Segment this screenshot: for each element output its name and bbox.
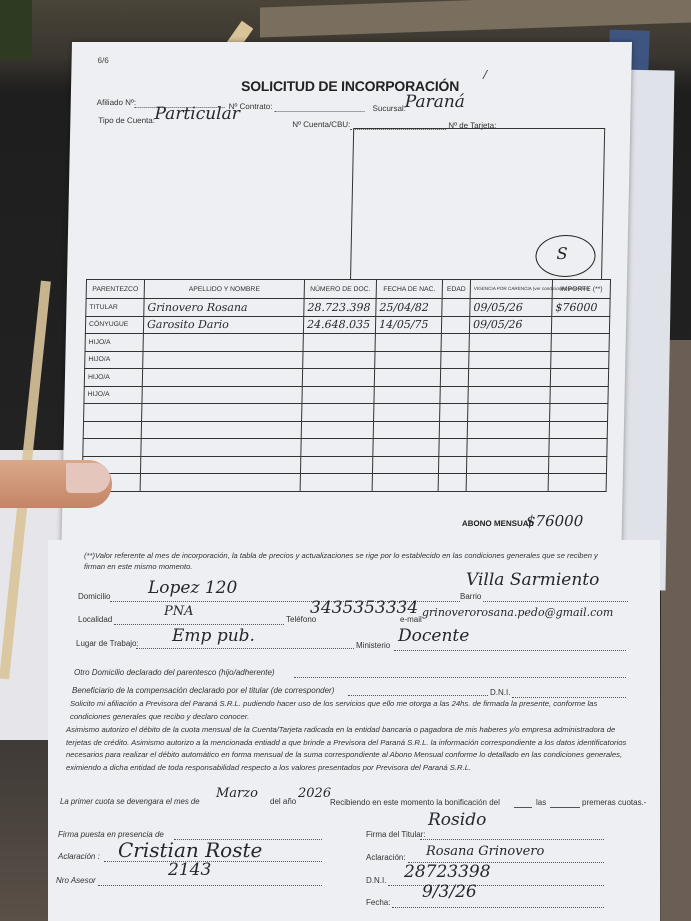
abono-mensual-value[interactable]: $76000 — [526, 512, 584, 530]
cell-vigencia[interactable]: 09/05/26 — [470, 299, 552, 317]
cell-nac[interactable] — [375, 334, 441, 352]
cell-importe[interactable] — [548, 456, 606, 474]
cell-vigencia[interactable] — [466, 456, 548, 474]
cell-nac[interactable] — [374, 404, 440, 422]
cell-parentezco: HIJO/A — [84, 369, 142, 387]
cell-importe[interactable] — [550, 369, 608, 387]
pen-mark: / — [483, 68, 487, 81]
cell-vigencia[interactable] — [468, 404, 550, 422]
background-foliage — [0, 0, 32, 60]
cell-vigencia[interactable] — [468, 369, 550, 387]
otro-domicilio-label: Otro Domicilio declarado del parentesco … — [74, 668, 275, 677]
domicilio-label: Domicilio — [78, 592, 110, 601]
header-vigencia: VIGENCIA POR CARENCIA (ver condiciones g… — [470, 280, 552, 299]
cell-importe[interactable] — [550, 386, 608, 404]
form-sheet-lower: (**)Valor referente al mes de incorporac… — [48, 540, 660, 921]
cuota-suffix: Recibiendo en este momento la bonificaci… — [330, 798, 500, 807]
cell-doc[interactable] — [302, 369, 374, 387]
cell-nac[interactable] — [372, 456, 438, 474]
ministerio-value[interactable]: Docente — [398, 626, 469, 646]
cell-doc[interactable]: 28.723.398 — [304, 299, 376, 317]
cell-nac[interactable] — [373, 439, 439, 457]
cell-doc[interactable]: 24.648.035 — [303, 316, 375, 334]
cell-edad[interactable] — [439, 439, 467, 457]
trabajo-label: Lugar de Trabajo: — [76, 639, 139, 648]
contrato-line — [275, 111, 365, 112]
cuota-prefix: La primer cuota se devengara el mes de — [60, 797, 200, 806]
aclaracion-asesor-label: Aclaración : — [58, 852, 100, 861]
cell-nac[interactable] — [374, 369, 440, 387]
header-doc: NÚMERO DE DOC. — [304, 280, 376, 299]
bonificacion-line[interactable] — [514, 807, 532, 808]
table-row — [83, 439, 607, 457]
cell-nac[interactable] — [374, 386, 440, 404]
localidad-line — [114, 624, 284, 625]
fecha-line — [392, 907, 604, 908]
cell-nac[interactable] — [375, 351, 441, 369]
cell-parentezco — [83, 439, 141, 457]
cell-edad[interactable] — [442, 299, 470, 317]
tipo-cuenta-label: Tipo de Cuenta: — [98, 116, 155, 125]
cell-edad[interactable] — [440, 404, 468, 422]
nro-asesor-label: Nro Asesor — [56, 876, 96, 885]
cell-parentezco — [83, 421, 141, 439]
cell-vigencia[interactable] — [469, 334, 551, 352]
cell-vigencia[interactable] — [468, 386, 550, 404]
header-parentezco: PARENTEZCO — [86, 280, 144, 299]
cuota-mes-value[interactable]: Marzo — [216, 786, 258, 801]
cell-doc[interactable] — [301, 421, 373, 439]
cell-importe[interactable] — [549, 421, 607, 439]
cell-nombre[interactable] — [142, 386, 302, 404]
nro-asesor-value[interactable]: 2143 — [168, 860, 211, 880]
barrio-label: Barrio — [460, 592, 481, 601]
cell-edad[interactable] — [440, 369, 468, 387]
header-nombre: APELLIDO Y NOMBRE — [144, 280, 304, 299]
cell-nombre[interactable] — [143, 334, 303, 352]
cuenta-cbu-label: Nº Cuenta/CBU: — [292, 120, 350, 129]
cell-importe[interactable] — [549, 439, 607, 457]
table-row: HIJO/A — [85, 351, 609, 369]
page-number: 6/6 — [98, 56, 109, 65]
cell-nombre[interactable]: Garosito Dario — [143, 316, 303, 334]
members-table: PARENTEZCO APELLIDO Y NOMBRE NÚMERO DE D… — [82, 279, 611, 492]
fecha-value[interactable]: 9/3/26 — [422, 882, 477, 902]
table-row: TITULARGrinovero Rosana28.723.39825/04/8… — [86, 299, 610, 317]
table-row: HIJO/A — [84, 369, 608, 387]
cell-doc[interactable] — [302, 386, 374, 404]
cell-edad[interactable] — [439, 421, 467, 439]
tipo-cuenta-value[interactable]: Particular — [154, 104, 240, 124]
cuotas-line[interactable] — [550, 807, 580, 808]
aclaracion-asesor-value[interactable]: Cristian Roste — [118, 838, 262, 862]
table-row: HIJO/A — [85, 334, 609, 352]
barrio-value[interactable]: Villa Sarmiento — [466, 570, 599, 590]
cell-importe[interactable] — [550, 404, 608, 422]
cell-nombre[interactable]: Grinovero Rosana — [144, 299, 304, 317]
cell-vigencia[interactable] — [469, 351, 551, 369]
cell-parentezco: TITULAR — [86, 299, 144, 317]
cell-nac[interactable] — [373, 421, 439, 439]
cell-doc[interactable] — [303, 334, 375, 352]
email-value[interactable]: grinoverorosana.pedo@gmail.com — [422, 606, 613, 619]
beneficiario-line — [348, 695, 488, 696]
cell-edad[interactable] — [438, 474, 466, 492]
footnote: (**)Valor referente al mes de incorporac… — [84, 550, 614, 572]
abono-mensual-label: ABONO MENSUAL — [462, 519, 534, 528]
cell-nombre[interactable] — [140, 456, 300, 474]
cell-nombre[interactable] — [141, 439, 301, 457]
domicilio-value[interactable]: Lopez 120 — [148, 578, 237, 598]
firma-titular-line[interactable] — [420, 839, 604, 840]
cell-nac[interactable]: 25/04/82 — [376, 299, 442, 317]
las-label: las — [536, 798, 546, 807]
trabajo-value[interactable]: Emp pub. — [172, 626, 255, 646]
cell-doc[interactable] — [303, 351, 375, 369]
cell-parentezco: HIJO/A — [85, 334, 143, 352]
cell-edad[interactable] — [441, 351, 469, 369]
cell-importe[interactable] — [551, 334, 609, 352]
table-row — [82, 474, 606, 492]
cell-nac[interactable]: 14/05/75 — [375, 316, 441, 334]
sucursal-value[interactable]: Paraná — [405, 92, 466, 112]
cell-importe[interactable]: $76000 — [552, 299, 610, 317]
cell-doc[interactable] — [300, 456, 372, 474]
fecha-label: Fecha: — [366, 898, 390, 907]
cell-nombre[interactable] — [141, 421, 301, 439]
barrio-line — [483, 601, 628, 602]
sucursal-label: Sucursal: — [373, 104, 407, 113]
firma-titular-label: Firma del Titular: — [366, 830, 426, 839]
cell-nombre[interactable] — [142, 404, 302, 422]
table-row: CÓNYUGUEGarosito Dario24.648.03514/05/75… — [85, 316, 609, 334]
debit-authorization-paragraph: Asimismo autorizo el débito de la cuota … — [66, 724, 636, 774]
cell-parentezco: HIJO/A — [85, 351, 143, 369]
localidad-value[interactable]: PNA — [164, 604, 194, 619]
nro-asesor-line — [98, 885, 322, 886]
header-nac: FECHA DE NAC. — [376, 280, 442, 299]
cell-edad[interactable] — [438, 456, 466, 474]
cell-nombre[interactable] — [140, 474, 300, 492]
beneficiario-dni-label: D.N.I. — [490, 688, 510, 697]
premeras-label: premeras cuotas.- — [582, 798, 646, 807]
cell-nombre[interactable] — [143, 351, 303, 369]
header-edad: EDAD — [442, 280, 470, 299]
trabajo-line — [136, 648, 354, 649]
dni-titular-line — [388, 885, 604, 886]
cell-doc[interactable] — [302, 404, 374, 422]
header-importe: IMPORTE (**) — [552, 280, 610, 299]
email-label: e-mail — [400, 615, 422, 624]
affiliation-paragraph: Solicito mi afiliación a Previsora del P… — [70, 698, 630, 723]
table-row — [83, 421, 607, 439]
firma-titular-value[interactable]: Rosido — [428, 810, 486, 830]
afiliado-label: Afiliado Nº: — [97, 98, 137, 107]
aclaracion-titular-label: Aclaración: — [366, 853, 406, 862]
table-row: HIJO/A — [84, 386, 608, 404]
cuota-anio-label: del año — [270, 797, 296, 806]
cell-nac[interactable] — [372, 474, 438, 492]
cell-parentezco: HIJO/A — [84, 386, 142, 404]
cuota-anio-value[interactable]: 2026 — [298, 786, 331, 801]
localidad-label: Localidad — [78, 615, 112, 624]
thumbnail-nail — [66, 463, 110, 493]
cell-vigencia[interactable]: 09/05/26 — [469, 316, 551, 334]
cell-importe[interactable] — [551, 351, 609, 369]
cell-parentezco: CÓNYUGUE — [85, 316, 143, 334]
dni-titular-value[interactable]: 28723398 — [404, 862, 491, 882]
cell-nombre[interactable] — [142, 369, 302, 387]
table-row — [84, 404, 608, 422]
beneficiario-label: Beneficiario de la compensación declarad… — [72, 686, 334, 695]
aclaracion-titular-value[interactable]: Rosana Grinovero — [426, 844, 544, 859]
cell-doc[interactable] — [300, 474, 372, 492]
table-row — [82, 456, 606, 474]
cell-doc[interactable] — [301, 439, 373, 457]
cell-vigencia[interactable] — [467, 439, 549, 457]
cell-importe[interactable] — [551, 316, 609, 334]
cell-edad[interactable] — [441, 316, 469, 334]
ministerio-label: Ministerio — [356, 641, 390, 650]
otro-domicilio-line — [294, 677, 626, 678]
cell-importe[interactable] — [548, 474, 606, 492]
dni-titular-label: D.N.I. — [366, 876, 386, 885]
cell-vigencia[interactable] — [466, 474, 548, 492]
ministerio-line — [394, 650, 626, 651]
cell-vigencia[interactable] — [467, 421, 549, 439]
cell-edad[interactable] — [441, 334, 469, 352]
cell-edad[interactable] — [440, 386, 468, 404]
cell-parentezco — [84, 404, 142, 422]
